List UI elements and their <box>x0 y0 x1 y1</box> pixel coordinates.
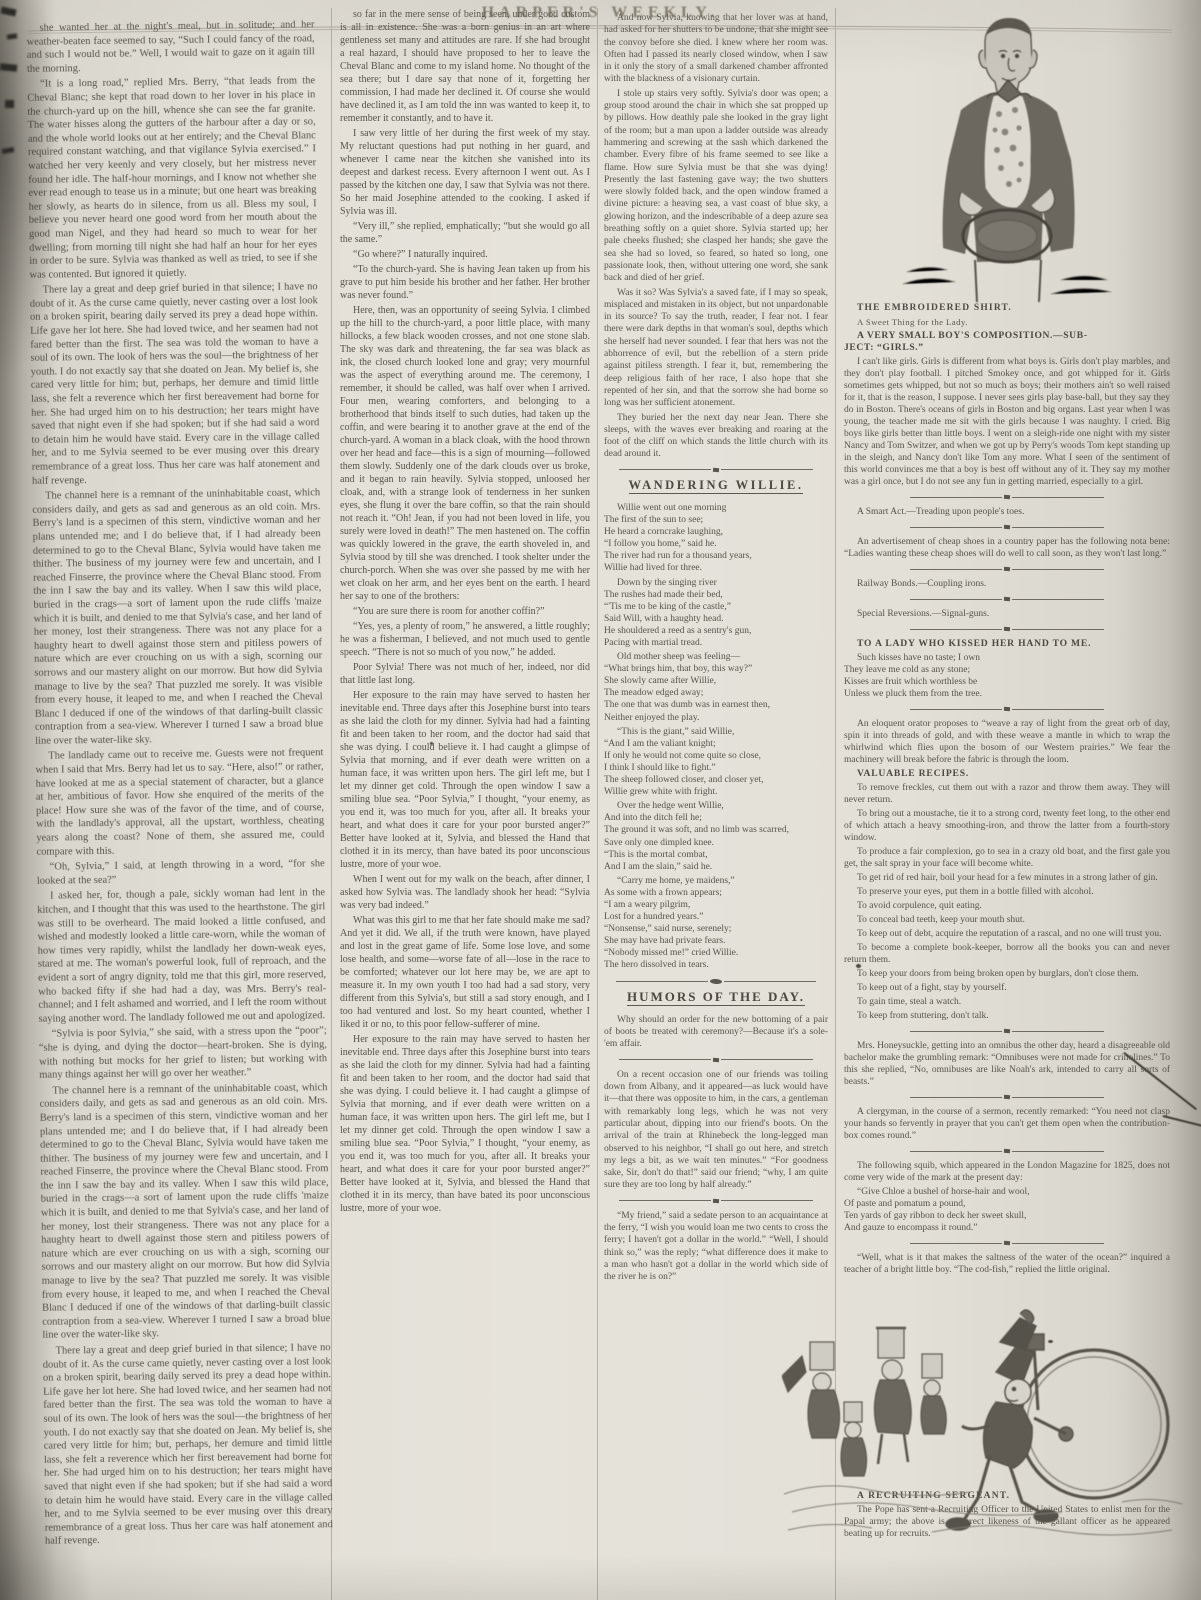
recipe-item: To keep out of a fight, stay by yourself… <box>844 982 1170 994</box>
story-paragraph: There lay a great and deep grief buried … <box>30 281 320 488</box>
recipe-item: To conceal bad teeth, keep your mouth sh… <box>844 914 1170 926</box>
newspaper-page: HARPER'S WEEKLY. she wanted her at the n… <box>0 0 1201 1600</box>
humor-item: “Well, what is it that makes the saltnes… <box>844 1252 1170 1276</box>
story-paragraph: They buried her the next day near Jean. … <box>604 412 828 461</box>
recipe-item: To become a complete book-keeper, borrow… <box>844 942 1170 966</box>
column-divider-2 <box>597 8 598 1600</box>
ink-speck <box>1048 1340 1053 1343</box>
item-separator <box>604 1058 828 1062</box>
humor-item: A clergyman, in the course of a sermon, … <box>844 1106 1170 1142</box>
story-paragraph: Was it so? Was Sylvia's a saved fate, if… <box>604 287 828 410</box>
story-paragraph: I asked her, for, though a pale, sickly … <box>37 887 327 1026</box>
item-separator <box>844 597 1170 601</box>
story-paragraph: she wanted her at the night's meal, but … <box>26 18 315 76</box>
recipe-item: To keep from stuttering, don't talk. <box>844 1010 1170 1022</box>
recipe-item: To preserve your eyes, put them in a bot… <box>844 886 1170 898</box>
column-divider-1 <box>331 8 332 1600</box>
poem-stanza: “This is the giant,” said Willie, “And I… <box>604 726 828 799</box>
humor-item: Railway Bonds.—Coupling irons. <box>844 578 1170 590</box>
ink-speck <box>430 742 433 745</box>
story-paragraph: The channel here is a remnant of the uni… <box>32 486 323 748</box>
recipe-item: To remove freckles, cut them out with a … <box>844 782 1170 806</box>
humor-item: Special Reversions.—Signal-guns. <box>844 608 1170 620</box>
recipe-item: To avoid corpulence, quit eating. <box>844 900 1170 912</box>
embroidered-shirt-illustration-box <box>844 10 1170 302</box>
humors-section-heading: HUMORS OF THE DAY. <box>604 991 828 1006</box>
section-separator <box>604 979 828 984</box>
story-paragraph: When I went out for my walk on the beach… <box>340 873 590 912</box>
story-paragraph: “Sylvia is poor Sylvia,” she said, with … <box>39 1025 328 1083</box>
story-paragraph: The channel here is a remnant of the uni… <box>39 1081 330 1343</box>
item-separator <box>844 495 1170 499</box>
story-paragraph: so far in the mere sense of being seen, … <box>340 8 590 125</box>
story-paragraph: “Oh, Sylvia,” I said, at length throwing… <box>37 857 325 888</box>
recipe-item: To produce a fair complexion, go to sea … <box>844 846 1170 870</box>
item-separator <box>844 1241 1170 1245</box>
story-paragraph: Here, then, was an opportunity of seeing… <box>340 304 590 603</box>
poem-stanza: Willie went out one morning The first of… <box>604 502 828 575</box>
recipe-item: To keep out of debt, acquire the reputat… <box>844 928 1170 940</box>
item-separator <box>844 1149 1170 1153</box>
squib-intro: The following squib, which appeared in t… <box>844 1160 1170 1184</box>
page-edge-mark <box>0 63 17 72</box>
story-paragraph: “Yes, yes, a plenty of room,” he answere… <box>340 620 590 659</box>
item-separator <box>844 525 1170 529</box>
recruiting-sergeant-illustration <box>782 1306 1196 1544</box>
poem-stanza: Down by the singing river The rushes had… <box>604 577 828 650</box>
composition-heading: A VERY SMALL BOY'S COMPOSITION.—SUB- JEC… <box>844 330 1170 354</box>
story-paragraph: “Very ill,” she replied, emphatically; “… <box>340 220 590 246</box>
ink-speck <box>856 964 861 968</box>
story-paragraph: Her exposure to the rain may have served… <box>340 1033 590 1215</box>
poem-stanza: Old mother sheep was feeling— “What brin… <box>604 651 828 724</box>
item-separator <box>844 707 1170 711</box>
story-paragraph: “To the church-yard. She is having Jean … <box>340 263 590 302</box>
illustration-subcaption: A Sweet Thing for the Lady. <box>844 316 1170 328</box>
item-separator <box>844 1095 1170 1099</box>
humor-item: “My friend,” said a sedate person to an … <box>604 1210 828 1284</box>
humor-item: Mrs. Honeysuckle, getting into an omnibu… <box>844 1040 1170 1088</box>
section-separator <box>604 468 828 472</box>
humor-item: On a recent occasion one of our friends … <box>604 1069 828 1192</box>
lady-poem: Such kisses have no taste; I own They le… <box>844 652 1170 700</box>
story-paragraph: “It is a long road,” replied Mrs. Berry,… <box>27 75 317 282</box>
humor-item: A Smart Act.—Treading upon people's toes… <box>844 506 1170 518</box>
column-1-story: she wanted her at the night's meal, but … <box>26 18 333 1599</box>
column-2-story: so far in the mere sense of being seen, … <box>340 8 590 1598</box>
illustration-caption: THE EMBROIDERED SHIRT. <box>844 302 1170 314</box>
humor-item: An eloquent orator proposes to “weave a … <box>844 718 1170 766</box>
item-separator <box>844 627 1170 631</box>
poem-stanza: Over the hedge went Willie, And into the… <box>604 800 828 873</box>
story-paragraph: I saw very little of her during the firs… <box>340 127 590 218</box>
item-separator <box>844 1029 1170 1033</box>
poem-title: WANDERING WILLIE. <box>629 479 804 494</box>
recipe-item: To gain time, steal a watch. <box>844 996 1170 1008</box>
story-paragraph: Her exposure to the rain may have served… <box>340 689 590 871</box>
story-paragraph: “Go where?” I naturally inquired. <box>340 248 590 261</box>
page-edge-mark <box>2 147 15 154</box>
story-paragraph: There lay a great and deep grief buried … <box>43 1341 333 1548</box>
recipe-item: To keep your doors from being broken ope… <box>844 968 1170 980</box>
story-paragraph: What was this girl to me that her fate s… <box>340 914 590 1031</box>
story-paragraph: Poor Sylvia! There was not much of her, … <box>340 661 590 687</box>
poem-stanza: “Carry me home, ye maidens,” As some wit… <box>604 875 828 972</box>
recipe-item: To get rid of red hair, boil your head f… <box>844 872 1170 884</box>
squib-verse: “Give Chloe a bushel of horse-hair and w… <box>844 1186 1170 1234</box>
poem-section-heading: WANDERING WILLIE. <box>604 479 828 494</box>
item-separator <box>604 1199 828 1203</box>
page-edge-mark <box>7 33 18 39</box>
lady-poem-title: TO A LADY WHO KISSED HER HAND TO ME. <box>844 638 1170 650</box>
item-separator <box>844 567 1170 571</box>
story-paragraph: The landlady came out to receive me. Gue… <box>35 747 324 859</box>
page-edge-mark <box>5 100 14 108</box>
scanned-newspaper-photo: { "masthead": {"title": "HARPER'S WEEKLY… <box>0 0 1201 1600</box>
composition-body: I can't like girls. Girls is different f… <box>844 356 1170 488</box>
humor-item: Why should an order for the new bottomin… <box>604 1014 828 1051</box>
humor-item: An advertisement of cheap shoes in a cou… <box>844 536 1170 560</box>
humors-title: HUMORS OF THE DAY. <box>627 991 805 1006</box>
recipe-item: To bring out a moustache, tie it to a st… <box>844 808 1170 844</box>
story-paragraph: “You are sure there is room for another … <box>340 605 590 618</box>
story-paragraph: And now Sylvia, knowing that her lover w… <box>604 12 828 86</box>
story-paragraph: I stole up stairs very softly. Sylvia's … <box>604 88 828 285</box>
man-with-hat-illustration <box>901 10 1113 302</box>
recipes-title: VALUABLE RECIPES. <box>844 768 1170 780</box>
